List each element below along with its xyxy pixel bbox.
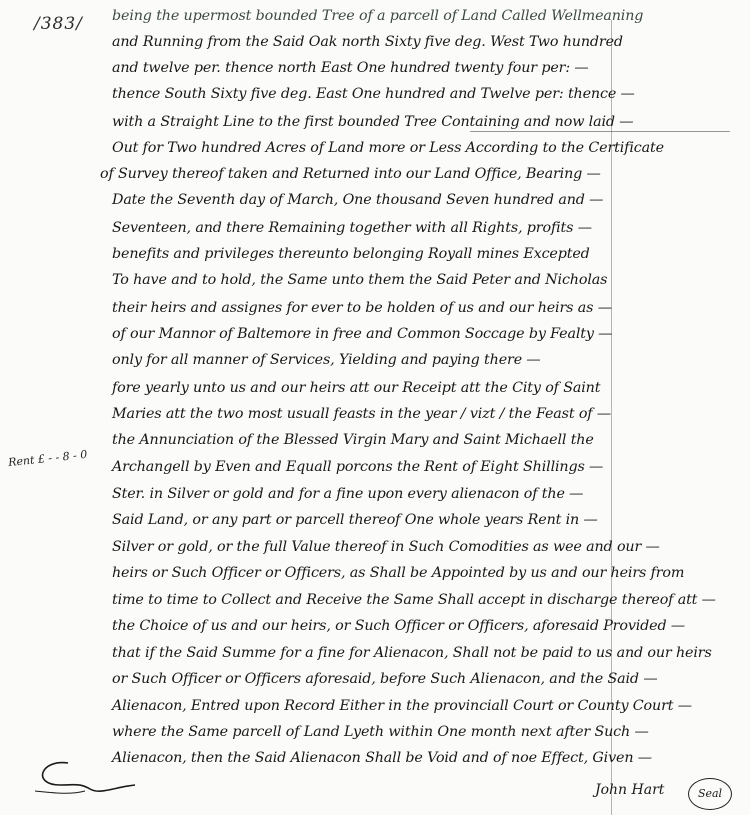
seal-mark: Seal [688, 778, 732, 810]
signature: John Hart [595, 782, 664, 798]
manuscript-page: /383/ Rent £ - - 8 - 0 being the upermos… [0, 0, 750, 815]
closing-block [0, 0, 750, 815]
pen-flourish-icon [30, 755, 140, 800]
